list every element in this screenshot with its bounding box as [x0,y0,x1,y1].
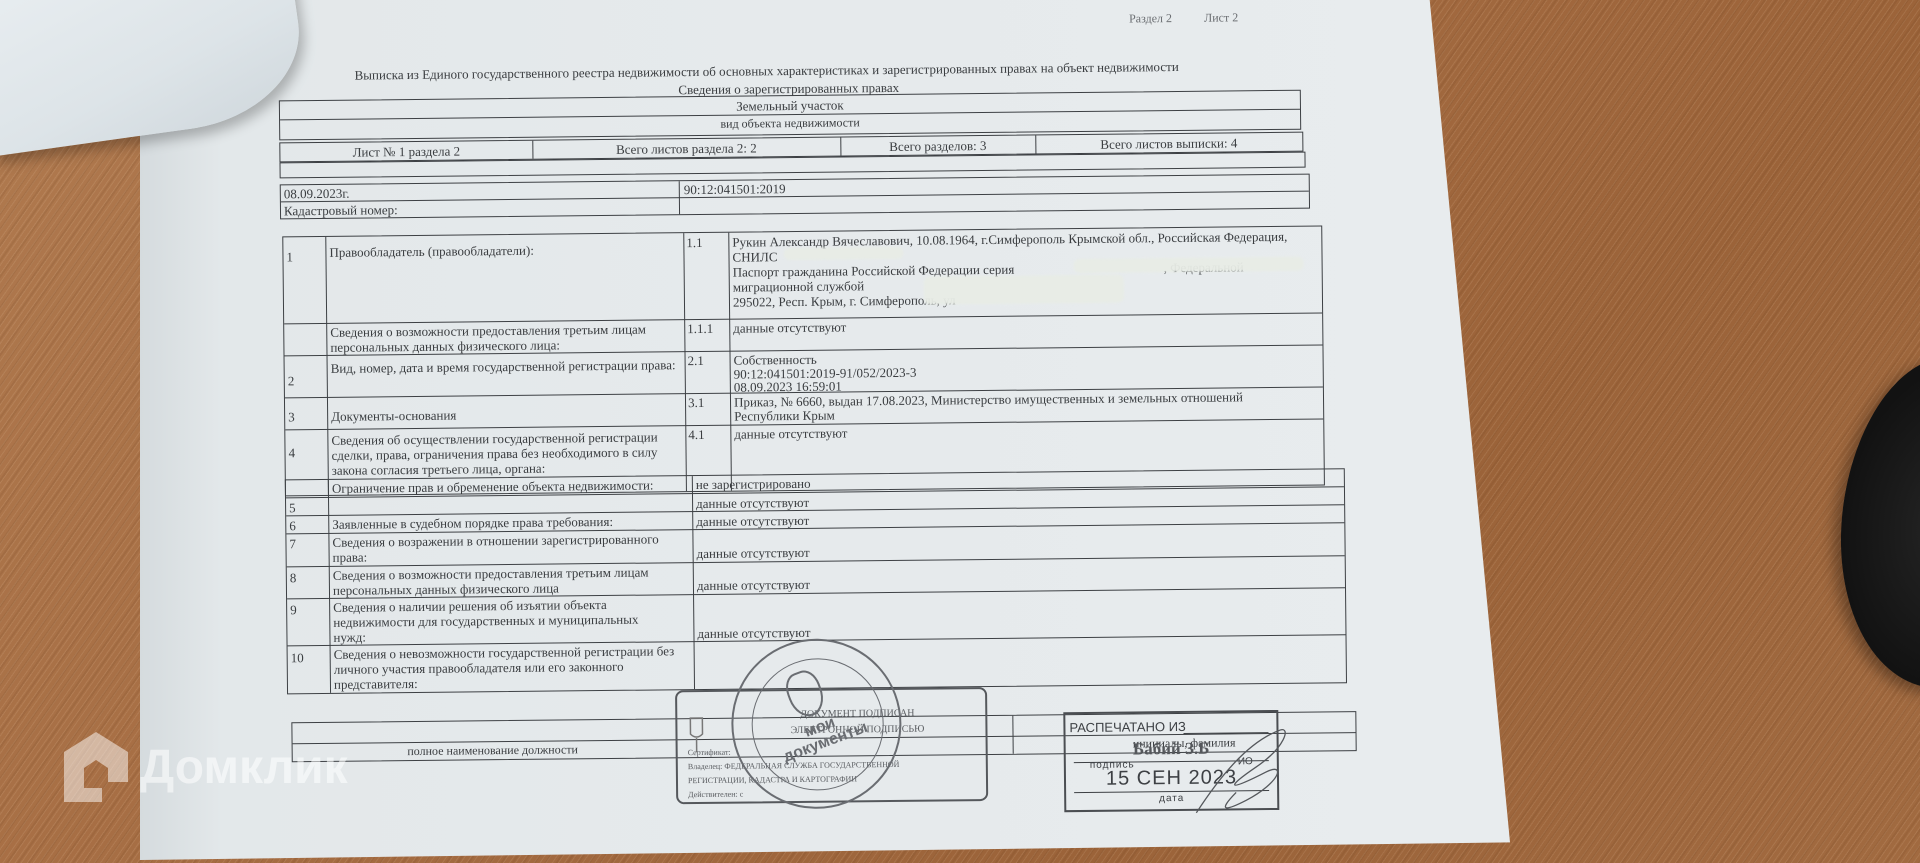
sheet-number: Лист № 1 раздела 2 [280,143,532,161]
row-6-value: данные отсутствуют [696,495,809,511]
row-4-label: Сведения об осуществлении государственно… [331,429,681,478]
section-ref: Раздел 2 [1129,11,1172,26]
row-7-number: 7 [289,536,296,551]
row-2-label: Вид, номер, дата и время государственной… [331,357,681,376]
domclick-logo-icon [62,730,130,804]
row-1-value-line-2: СНИЛС [732,249,777,264]
row-5-number: 5 [289,500,296,515]
row-8-number: 8 [290,570,297,585]
row-8-value: данные отсутствуют [697,545,810,561]
row-2-sub: 2.1 [688,353,704,368]
print-stamp-title: РАСПЕЧАТАНО ИЗ [1069,719,1186,735]
watermark-brand: Домклик [140,740,348,795]
handwritten-signature-icon [1185,722,1296,818]
row-3-label: Документы-основания [331,408,456,424]
extract-date: 08.09.2023г. [284,186,350,202]
row-10-number: 10 [291,650,304,665]
row-9-number: 9 [290,602,297,617]
rights-table: 1 Правообладатель (правообладатели): 1.1… [282,225,1325,496]
row-6-number: 6 [289,518,296,533]
row-1-sub: 1.1 [686,235,702,250]
ecp-line-6: Действителен: с [688,790,743,800]
domclick-watermark: Домклик [62,730,348,804]
extract-sheets-total: Всего листов выписки: 4 [1035,135,1302,153]
row-4-sub: 4.1 [688,427,704,442]
row-7-value: данные отсутствуют [696,513,809,529]
redaction-snils [783,247,903,260]
printed-from-stamp: РАСПЕЧАТАНО ИЗ Бабий З.Б подпись ИО 15 С… [1063,710,1279,812]
row-3-value-line-2: Республики Крым [734,408,835,424]
row-1-value-line-1: Рукин Александр Вячеславович, 10.08.1964… [732,229,1287,250]
row-6-label: Заявленные в судебном порядке права треб… [332,514,613,532]
row-1-1-1-value: данные отсутствуют [733,319,846,335]
section-sheets-total: Всего листов раздела 2: 2 [532,140,840,158]
cadastral-number: 90:12:041501:2019 [684,181,786,197]
row-3-sub: 3.1 [688,395,704,410]
row-1-1-1-label: Сведения о возможности предоставления тр… [330,321,684,355]
row-5-value: не зарегистрировано [696,476,811,492]
ecp-line-3: Сертификат: [688,748,731,757]
redaction-address [924,275,1124,305]
row-8-label: Сведения о возможности предоставления тр… [333,564,693,598]
row-3-number: 3 [288,409,295,424]
row-1-value-line-4: миграционной службой [733,278,864,294]
row-2-value-line-3: 08.09.2023 16:59:01 [734,379,842,395]
position-caption: полное наименование должности [293,741,693,760]
row-10-value: данные отсутствуют [697,625,810,641]
cadastral-box: 08.09.2023г. Кадастровый номер: 90:12:04… [280,174,1310,220]
row-1-number: 1 [286,249,293,264]
cadastral-label: Кадастровый номер: [284,202,398,218]
row-9-value: данные отсутствуют [697,577,810,593]
row-1-value-line-5: 295022, Респ. Крым, г. Симферополь, ул [733,292,956,309]
row-9-label: Сведения о наличии решения об изъятии об… [333,596,673,645]
redaction-passport [1074,257,1304,273]
sheet-ref: Лист 2 [1204,10,1238,25]
row-4-value: данные отсутствуют [734,425,847,441]
row-10-label: Сведения о невозможности государственной… [334,643,694,692]
row-4-number: 4 [288,445,295,460]
sections-total: Всего разделов: 3 [840,137,1035,154]
row-1-1-1-sub: 1.1.1 [687,321,713,336]
row-1-label: Правообладатель (правообладатели): [329,241,679,260]
row-2-number: 2 [288,373,295,388]
row-7-label: Сведения о возражении в отношении зареги… [332,531,687,565]
